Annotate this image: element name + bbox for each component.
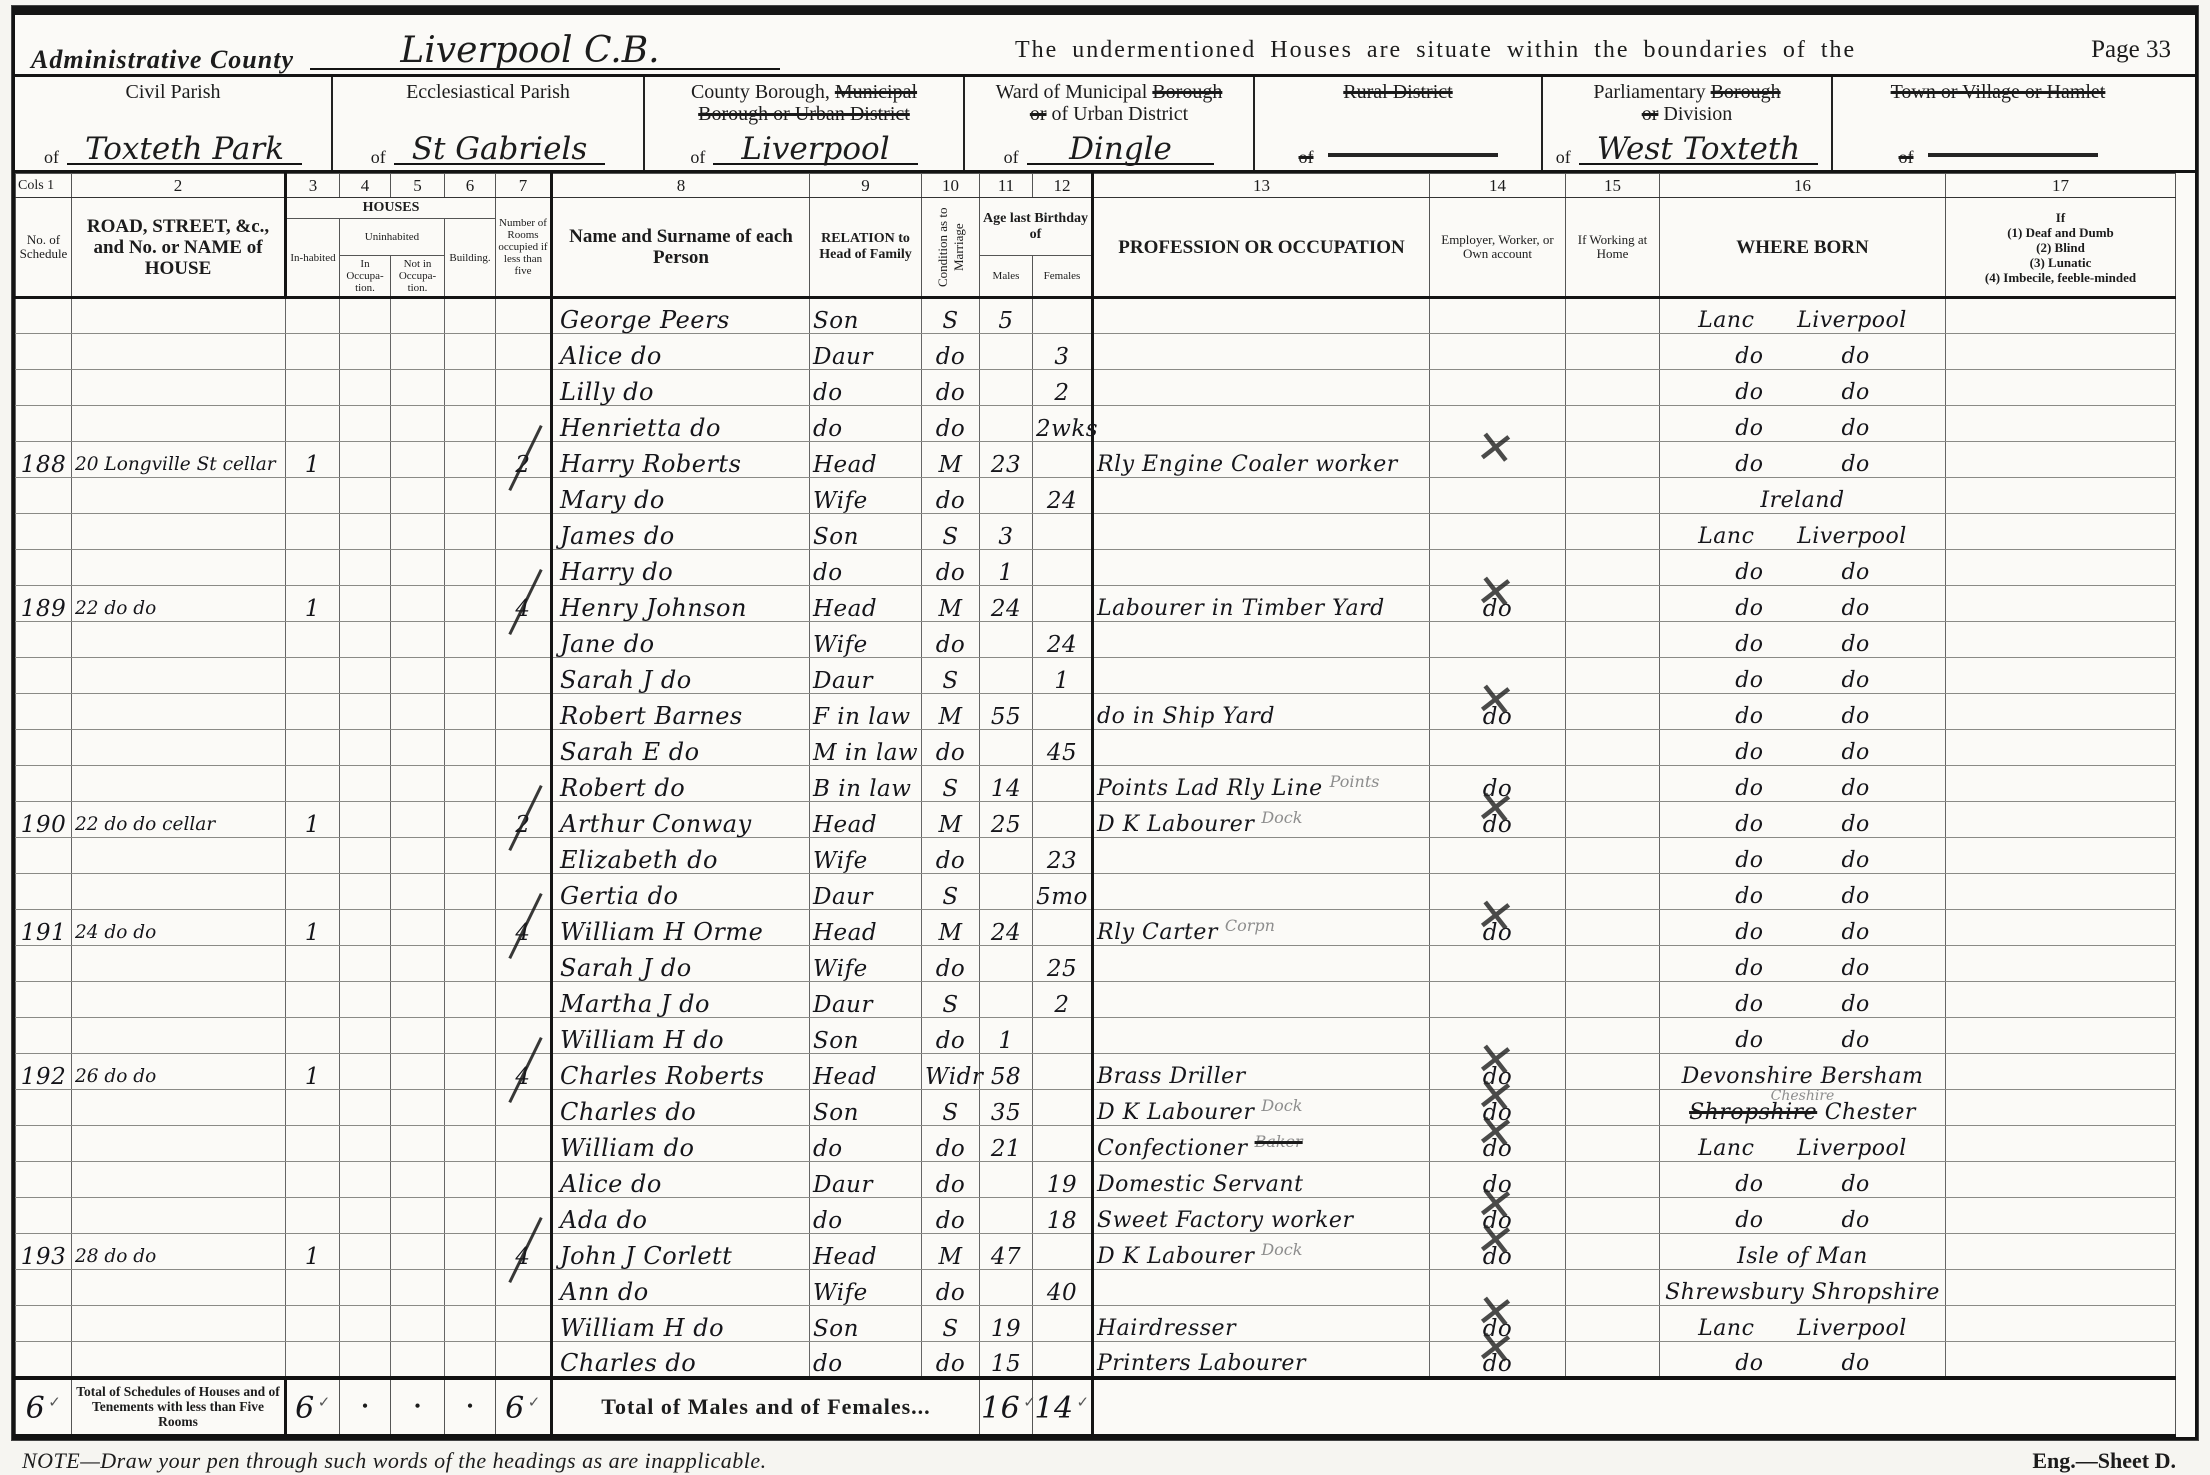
schedule-number-cell: 190: [16, 802, 72, 838]
person-row: Charles doSonS35D K LabourerDockdo✕Chesh…: [16, 1090, 2176, 1126]
col-num-13: 13: [1093, 174, 1430, 198]
infirmity-cell: [1946, 838, 2176, 874]
building-cell: [445, 1342, 496, 1378]
building-cell: [445, 406, 496, 442]
col-num-5: 5: [391, 174, 445, 198]
totals-schedule-count: 6: [16, 1378, 72, 1436]
infirmity-cell: [1946, 658, 2176, 694]
condition-cell: do: [922, 370, 980, 406]
rooms-cell: [496, 1018, 552, 1054]
infirmity-cell: [1946, 982, 2176, 1018]
houses-inhabited-cell: [286, 622, 340, 658]
employer-cell: do✕: [1430, 1342, 1566, 1378]
born-value: Lanc Liverpool: [1698, 308, 1907, 333]
person-row: Alice doDaurdo19Domestic Servantdodo do: [16, 1162, 2176, 1198]
building-cell: [445, 730, 496, 766]
born-value: do do: [1735, 848, 1870, 873]
person-row: Lilly dododo2do do: [16, 370, 2176, 406]
schedule-number-cell: [16, 550, 72, 586]
uninhabited-in-occupation-cell: [340, 550, 391, 586]
occupation-cell: [1093, 838, 1430, 874]
person-row: William H doSonS19Hairdresserdo✕Lanc Liv…: [16, 1306, 2176, 1342]
uninhabited-not-occupation-cell: [391, 370, 445, 406]
col-num-6: 6: [445, 174, 496, 198]
uninhabited-not-occupation-cell: [391, 1306, 445, 1342]
person-row: 19226 do do14Charles RobertsHeadWidr58Br…: [16, 1054, 2176, 1090]
infirmity-cell: [1946, 802, 2176, 838]
name-cell: Sarah E do: [552, 730, 810, 766]
occupation-cell: [1093, 550, 1430, 586]
houses-inhabited-cell: [286, 730, 340, 766]
working-at-home-cell: [1566, 1090, 1660, 1126]
where-born-cell: do do: [1660, 334, 1946, 370]
houses-inhabited-cell: 1: [286, 1234, 340, 1270]
where-born-cell: do do: [1660, 802, 1946, 838]
age-male-cell: [980, 874, 1033, 910]
age-female-cell: [1033, 802, 1093, 838]
district-of-line: ofToxteth Park: [21, 136, 325, 167]
address-cell: [72, 1162, 286, 1198]
infirmity-cell: [1946, 1018, 2176, 1054]
employer-cell: [1430, 406, 1566, 442]
relation-cell: do: [810, 406, 922, 442]
page-number: Page 33: [2091, 36, 2181, 70]
born-value: do do: [1735, 596, 1870, 621]
occupation-cell: [1093, 946, 1430, 982]
born-value: Shrewsbury Shropshire: [1665, 1280, 1940, 1305]
person-row: James doSonS3Lanc Liverpool: [16, 514, 2176, 550]
building-cell: [445, 946, 496, 982]
where-born-cell: Shrewsbury Shropshire: [1660, 1270, 1946, 1306]
person-row: Ann doWifedo40Shrewsbury Shropshire: [16, 1270, 2176, 1306]
where-born-cell: do do: [1660, 766, 1946, 802]
born-value: Lanc Liverpool: [1698, 1316, 1907, 1341]
name-cell: Sarah J do: [552, 946, 810, 982]
rooms-cell: 4: [496, 586, 552, 622]
totals-males-females-label: Total of Males and of Females...: [552, 1378, 980, 1436]
born-value: do do: [1735, 1028, 1870, 1053]
col-header-relation: RELATION to Head of Family: [810, 198, 922, 298]
address-cell: 26 do do: [72, 1054, 286, 1090]
col-header-infirmity: If (1) Deaf and Dumb(2) Blind(3) Lunatic…: [1946, 198, 2176, 298]
born-value: do do: [1735, 920, 1870, 945]
relation-cell: Wife: [810, 478, 922, 514]
district-box-civil-parish: Civil ParishofToxteth Park: [15, 77, 333, 170]
uninhabited-not-occupation-cell: [391, 1126, 445, 1162]
building-cell: [445, 514, 496, 550]
name-cell: Alice do: [552, 1162, 810, 1198]
condition-cell: S: [922, 874, 980, 910]
where-born-cell: Lanc Liverpool: [1660, 514, 1946, 550]
relation-cell: Daur: [810, 334, 922, 370]
born-value: do do: [1735, 560, 1870, 585]
uninhabited-in-occupation-cell: [340, 946, 391, 982]
name-cell: William H do: [552, 1018, 810, 1054]
district-of-line: ofDingle: [971, 136, 1247, 167]
houses-inhabited-cell: [286, 1162, 340, 1198]
age-female-cell: 5mo: [1033, 874, 1093, 910]
rooms-cell: [496, 1342, 552, 1378]
where-born-cell: Devonshire Bersham: [1660, 1054, 1946, 1090]
relation-cell: Head: [810, 1054, 922, 1090]
employer-cell: [1430, 1018, 1566, 1054]
houses-inhabited-cell: [286, 334, 340, 370]
uninhabited-in-occupation-cell: [340, 802, 391, 838]
age-female-cell: 24: [1033, 478, 1093, 514]
employer-cell: [1430, 946, 1566, 982]
houses-inhabited-cell: [286, 838, 340, 874]
schedule-number-cell: [16, 982, 72, 1018]
where-born-cell: do do: [1660, 730, 1946, 766]
uninhabited-in-occupation-cell: [340, 874, 391, 910]
name-cell: Lilly do: [552, 370, 810, 406]
relation-cell: Head: [810, 910, 922, 946]
name-cell: Gertia do: [552, 874, 810, 910]
uninhabited-in-occupation-cell: [340, 910, 391, 946]
houses-inhabited-cell: [286, 298, 340, 334]
building-cell: [445, 334, 496, 370]
col-header-name: Name and Surname of each Person: [552, 198, 810, 298]
where-born-cell: Lanc Liverpool: [1660, 1126, 1946, 1162]
totals-males: 16: [980, 1378, 1033, 1436]
uninhabited-in-occupation-cell: [340, 298, 391, 334]
age-male-cell: [980, 982, 1033, 1018]
district-box-ecclesiastical-parish: Ecclesiastical ParishofSt Gabriels: [333, 77, 645, 170]
where-born-cell: do do: [1660, 1198, 1946, 1234]
employer-cell: do✕: [1430, 910, 1566, 946]
infirmity-cell: [1946, 514, 2176, 550]
where-born-cell: do do: [1660, 1162, 1946, 1198]
working-at-home-cell: [1566, 298, 1660, 334]
building-cell: [445, 622, 496, 658]
uninhabited-in-occupation-cell: [340, 478, 391, 514]
building-cell: [445, 478, 496, 514]
working-at-home-cell: [1566, 1018, 1660, 1054]
working-at-home-cell: [1566, 586, 1660, 622]
occupation-cell: Rly CarterCorpn: [1093, 910, 1430, 946]
schedule-number-cell: [16, 514, 72, 550]
working-at-home-cell: [1566, 910, 1660, 946]
relation-cell: F in law: [810, 694, 922, 730]
relation-cell: Wife: [810, 838, 922, 874]
age-female-cell: [1033, 910, 1093, 946]
relation-cell: B in law: [810, 766, 922, 802]
age-female-cell: [1033, 1090, 1093, 1126]
infirmity-cell: [1946, 874, 2176, 910]
rooms-cell: 4: [496, 910, 552, 946]
district-box-rural-district: Rural Districtof: [1255, 77, 1543, 170]
working-at-home-cell: [1566, 766, 1660, 802]
occupation-cell: Points Lad Rly LinePoints: [1093, 766, 1430, 802]
address-cell: [72, 694, 286, 730]
building-cell: [445, 1018, 496, 1054]
header-row-main: No. of Schedule ROAD, STREET, &c., and N…: [16, 198, 2176, 219]
occupation-cell: [1093, 514, 1430, 550]
col-header-houses: HOUSES: [286, 198, 496, 219]
condition-cell: Widr: [922, 1054, 980, 1090]
condition-cell: S: [922, 298, 980, 334]
age-male-cell: [980, 334, 1033, 370]
where-born-cell: do do: [1660, 1018, 1946, 1054]
form-frame: Administrative County Liverpool C.B. The…: [12, 6, 2198, 1440]
employer-cell: [1430, 514, 1566, 550]
where-born-cell: do do: [1660, 874, 1946, 910]
occupation-cell: D K LabourerDock: [1093, 1090, 1430, 1126]
age-male-cell: [980, 1270, 1033, 1306]
person-row: 19124 do do14William H OrmeHeadM24Rly Ca…: [16, 910, 2176, 946]
relation-cell: Wife: [810, 946, 922, 982]
uninhabited-in-occupation-cell: [340, 766, 391, 802]
employer-cell: do✕: [1430, 586, 1566, 622]
district-label: Parliamentary Boroughor Division: [1549, 81, 1825, 125]
schedule-number-cell: 188: [16, 442, 72, 478]
age-male-cell: 24: [980, 910, 1033, 946]
uninhabited-in-occupation-cell: [340, 838, 391, 874]
building-cell: [445, 1090, 496, 1126]
working-at-home-cell: [1566, 478, 1660, 514]
working-at-home-cell: [1566, 1234, 1660, 1270]
employer-cell: [1430, 334, 1566, 370]
uninhabited-not-occupation-cell: [391, 1018, 445, 1054]
relation-cell: Son: [810, 1018, 922, 1054]
born-value: Devonshire Bersham: [1682, 1064, 1924, 1089]
uninhabited-not-occupation-cell: [391, 946, 445, 982]
infirmity-item: (2) Blind: [1950, 240, 2171, 255]
uninhabited-not-occupation-cell: [391, 550, 445, 586]
born-value: do do: [1735, 884, 1870, 909]
address-cell: [72, 766, 286, 802]
rooms-cell: [496, 658, 552, 694]
age-male-cell: [980, 370, 1033, 406]
houses-inhabited-cell: 1: [286, 1054, 340, 1090]
address-cell: 24 do do: [72, 910, 286, 946]
building-cell: [445, 1054, 496, 1090]
address-cell: 22 do do: [72, 586, 286, 622]
uninhabited-in-occupation-cell: [340, 442, 391, 478]
working-at-home-cell: [1566, 622, 1660, 658]
top-header-band: Administrative County Liverpool C.B. The…: [15, 15, 2195, 77]
houses-inhabited-cell: [286, 478, 340, 514]
occupation-cell: [1093, 298, 1430, 334]
col-num-10: 10: [922, 174, 980, 198]
col-header-home: If Working at Home: [1566, 198, 1660, 298]
condition-cell: do: [922, 946, 980, 982]
occupation-cell: [1093, 982, 1430, 1018]
district-label: Rural District: [1261, 81, 1535, 103]
employer-cell: do✕: [1430, 1306, 1566, 1342]
working-at-home-cell: [1566, 514, 1660, 550]
rooms-cell: [496, 982, 552, 1018]
uninhabited-in-occupation-cell: [340, 1162, 391, 1198]
age-female-cell: 2: [1033, 370, 1093, 406]
where-born-cell: Lanc Liverpool: [1660, 1306, 1946, 1342]
where-born-cell: do do: [1660, 658, 1946, 694]
employer-cell: [1430, 658, 1566, 694]
working-at-home-cell: [1566, 442, 1660, 478]
building-cell: [445, 370, 496, 406]
born-value: do do: [1735, 992, 1870, 1017]
address-cell: [72, 1126, 286, 1162]
age-male-cell: [980, 946, 1033, 982]
occupation-cell: [1093, 1270, 1430, 1306]
rooms-cell: [496, 1198, 552, 1234]
infirmity-cell: [1946, 1270, 2176, 1306]
schedule-number-cell: [16, 766, 72, 802]
infirmity-cell: [1946, 478, 2176, 514]
schedule-number-cell: 191: [16, 910, 72, 946]
person-row: William dododo21ConfectionerBakerdo✕Lanc…: [16, 1126, 2176, 1162]
name-cell: Jane do: [552, 622, 810, 658]
working-at-home-cell: [1566, 1342, 1660, 1378]
uninhabited-in-occupation-cell: [340, 1090, 391, 1126]
where-born-cell: do do: [1660, 370, 1946, 406]
col-header-in-occupation: In Occupa-tion.: [340, 256, 391, 298]
uninhabited-not-occupation-cell: [391, 802, 445, 838]
working-at-home-cell: [1566, 874, 1660, 910]
census-sheet: Administrative County Liverpool C.B. The…: [0, 0, 2210, 1475]
occupation-annotation: Dock: [1261, 808, 1302, 827]
uninhabited-in-occupation-cell: [340, 1018, 391, 1054]
schedule-number-cell: [16, 334, 72, 370]
col-num-14: 14: [1430, 174, 1566, 198]
working-at-home-cell: [1566, 1270, 1660, 1306]
district-box-county-borough: County Borough, MunicipalBorough or Urba…: [645, 77, 965, 170]
infirmity-cell: [1946, 406, 2176, 442]
table-body: George PeersSonS5Lanc LiverpoolAlice doD…: [16, 298, 2176, 1378]
infirmity-item: (1) Deaf and Dumb: [1950, 225, 2171, 240]
totals-dot-2: •: [391, 1378, 445, 1436]
age-male-cell: 1: [980, 550, 1033, 586]
schedule-number-cell: 193: [16, 1234, 72, 1270]
col-num-17: 17: [1946, 174, 2176, 198]
name-cell: Sarah J do: [552, 658, 810, 694]
name-cell: William H do: [552, 1306, 810, 1342]
name-cell: Robert do: [552, 766, 810, 802]
uninhabited-not-occupation-cell: [391, 1054, 445, 1090]
employer-cell: do✕: [1430, 802, 1566, 838]
uninhabited-not-occupation-cell: [391, 658, 445, 694]
address-cell: [72, 982, 286, 1018]
col-header-rooms: Number of Rooms occupied if less than fi…: [496, 198, 552, 298]
uninhabited-not-occupation-cell: [391, 586, 445, 622]
name-cell: Charles do: [552, 1342, 810, 1378]
born-value: do do: [1735, 1208, 1870, 1233]
uninhabited-in-occupation-cell: [340, 334, 391, 370]
born-value: do do: [1735, 1351, 1870, 1376]
condition-cell: do: [922, 1162, 980, 1198]
name-cell: Mary do: [552, 478, 810, 514]
rooms-cell: [496, 406, 552, 442]
rooms-cell: [496, 550, 552, 586]
uninhabited-not-occupation-cell: [391, 1234, 445, 1270]
condition-cell: do: [922, 1018, 980, 1054]
where-born-cell: do do: [1660, 622, 1946, 658]
condition-cell: M: [922, 442, 980, 478]
person-row: 18922 do do14Henry JohnsonHeadM24Laboure…: [16, 586, 2176, 622]
rooms-cell: [496, 298, 552, 334]
occupation-cell: [1093, 730, 1430, 766]
condition-cell: M: [922, 802, 980, 838]
occupation-cell: [1093, 874, 1430, 910]
name-cell: Martha J do: [552, 982, 810, 1018]
condition-cell: do: [922, 550, 980, 586]
age-female-cell: [1033, 1018, 1093, 1054]
building-cell: [445, 1234, 496, 1270]
district-label: Ward of Municipal Boroughor of Urban Dis…: [971, 81, 1247, 125]
name-cell: Henrietta do: [552, 406, 810, 442]
infirmity-cell: [1946, 586, 2176, 622]
uninhabited-in-occupation-cell: [340, 622, 391, 658]
building-cell: [445, 550, 496, 586]
district-box-parliamentary-division: Parliamentary Boroughor DivisionofWest T…: [1543, 77, 1833, 170]
houses-inhabited-cell: [286, 1342, 340, 1378]
address-cell: 28 do do: [72, 1234, 286, 1270]
district-label: County Borough, MunicipalBorough or Urba…: [651, 81, 957, 125]
uninhabited-not-occupation-cell: [391, 982, 445, 1018]
where-born-cell: do do: [1660, 982, 1946, 1018]
struck-blank-line: [1928, 153, 2098, 157]
age-male-cell: 5: [980, 298, 1033, 334]
col-num-11: 11: [980, 174, 1033, 198]
working-at-home-cell: [1566, 838, 1660, 874]
condition-cell: do: [922, 1270, 980, 1306]
condition-cell: do: [922, 478, 980, 514]
relation-cell: Head: [810, 442, 922, 478]
where-born-cell: do do: [1660, 406, 1946, 442]
age-male-cell: 3: [980, 514, 1033, 550]
born-value: do do: [1735, 452, 1870, 477]
person-row: Sarah J doDaurS1do do: [16, 658, 2176, 694]
relation-cell: Head: [810, 586, 922, 622]
address-cell: [72, 1342, 286, 1378]
address-cell: [72, 1270, 286, 1306]
uninhabited-not-occupation-cell: [391, 1090, 445, 1126]
person-row: 19022 do do cellar12Arthur ConwayHeadM25…: [16, 802, 2176, 838]
occupation-cell: Rly Engine Coaler worker: [1093, 442, 1430, 478]
col-num-3: 3: [286, 174, 340, 198]
address-cell: [72, 658, 286, 694]
infirmity-cell: [1946, 1306, 2176, 1342]
col-header-condition: Condition as to Marriage: [922, 198, 980, 298]
employer-cell: do✕: [1430, 694, 1566, 730]
rooms-cell: [496, 766, 552, 802]
district-value: Liverpool: [713, 136, 917, 165]
person-row: Mary doWifedo24Ireland: [16, 478, 2176, 514]
name-cell: Arthur Conway: [552, 802, 810, 838]
born-value: do do: [1735, 704, 1870, 729]
col-header-employer: Employer, Worker, or Own account: [1430, 198, 1566, 298]
district-label: Town or Village or Hamlet: [1839, 81, 2157, 103]
uninhabited-not-occupation-cell: [391, 478, 445, 514]
person-row: Martha J doDaurS2do do: [16, 982, 2176, 1018]
uninhabited-not-occupation-cell: [391, 766, 445, 802]
name-cell: Ada do: [552, 1198, 810, 1234]
relation-cell: Wife: [810, 622, 922, 658]
rooms-cell: [496, 1090, 552, 1126]
uninhabited-in-occupation-cell: [340, 514, 391, 550]
schedule-number-cell: [16, 622, 72, 658]
houses-inhabited-cell: 1: [286, 442, 340, 478]
address-cell: [72, 1090, 286, 1126]
infirmity-cell: [1946, 1090, 2176, 1126]
born-value: do do: [1735, 380, 1870, 405]
schedule-number-cell: [16, 874, 72, 910]
employer-cell: do: [1430, 766, 1566, 802]
where-born-cell: do do: [1660, 838, 1946, 874]
working-at-home-cell: [1566, 1198, 1660, 1234]
col-header-females: Females: [1033, 256, 1093, 298]
col-header-not-in-occupation: Not in Occupa-tion.: [391, 256, 445, 298]
